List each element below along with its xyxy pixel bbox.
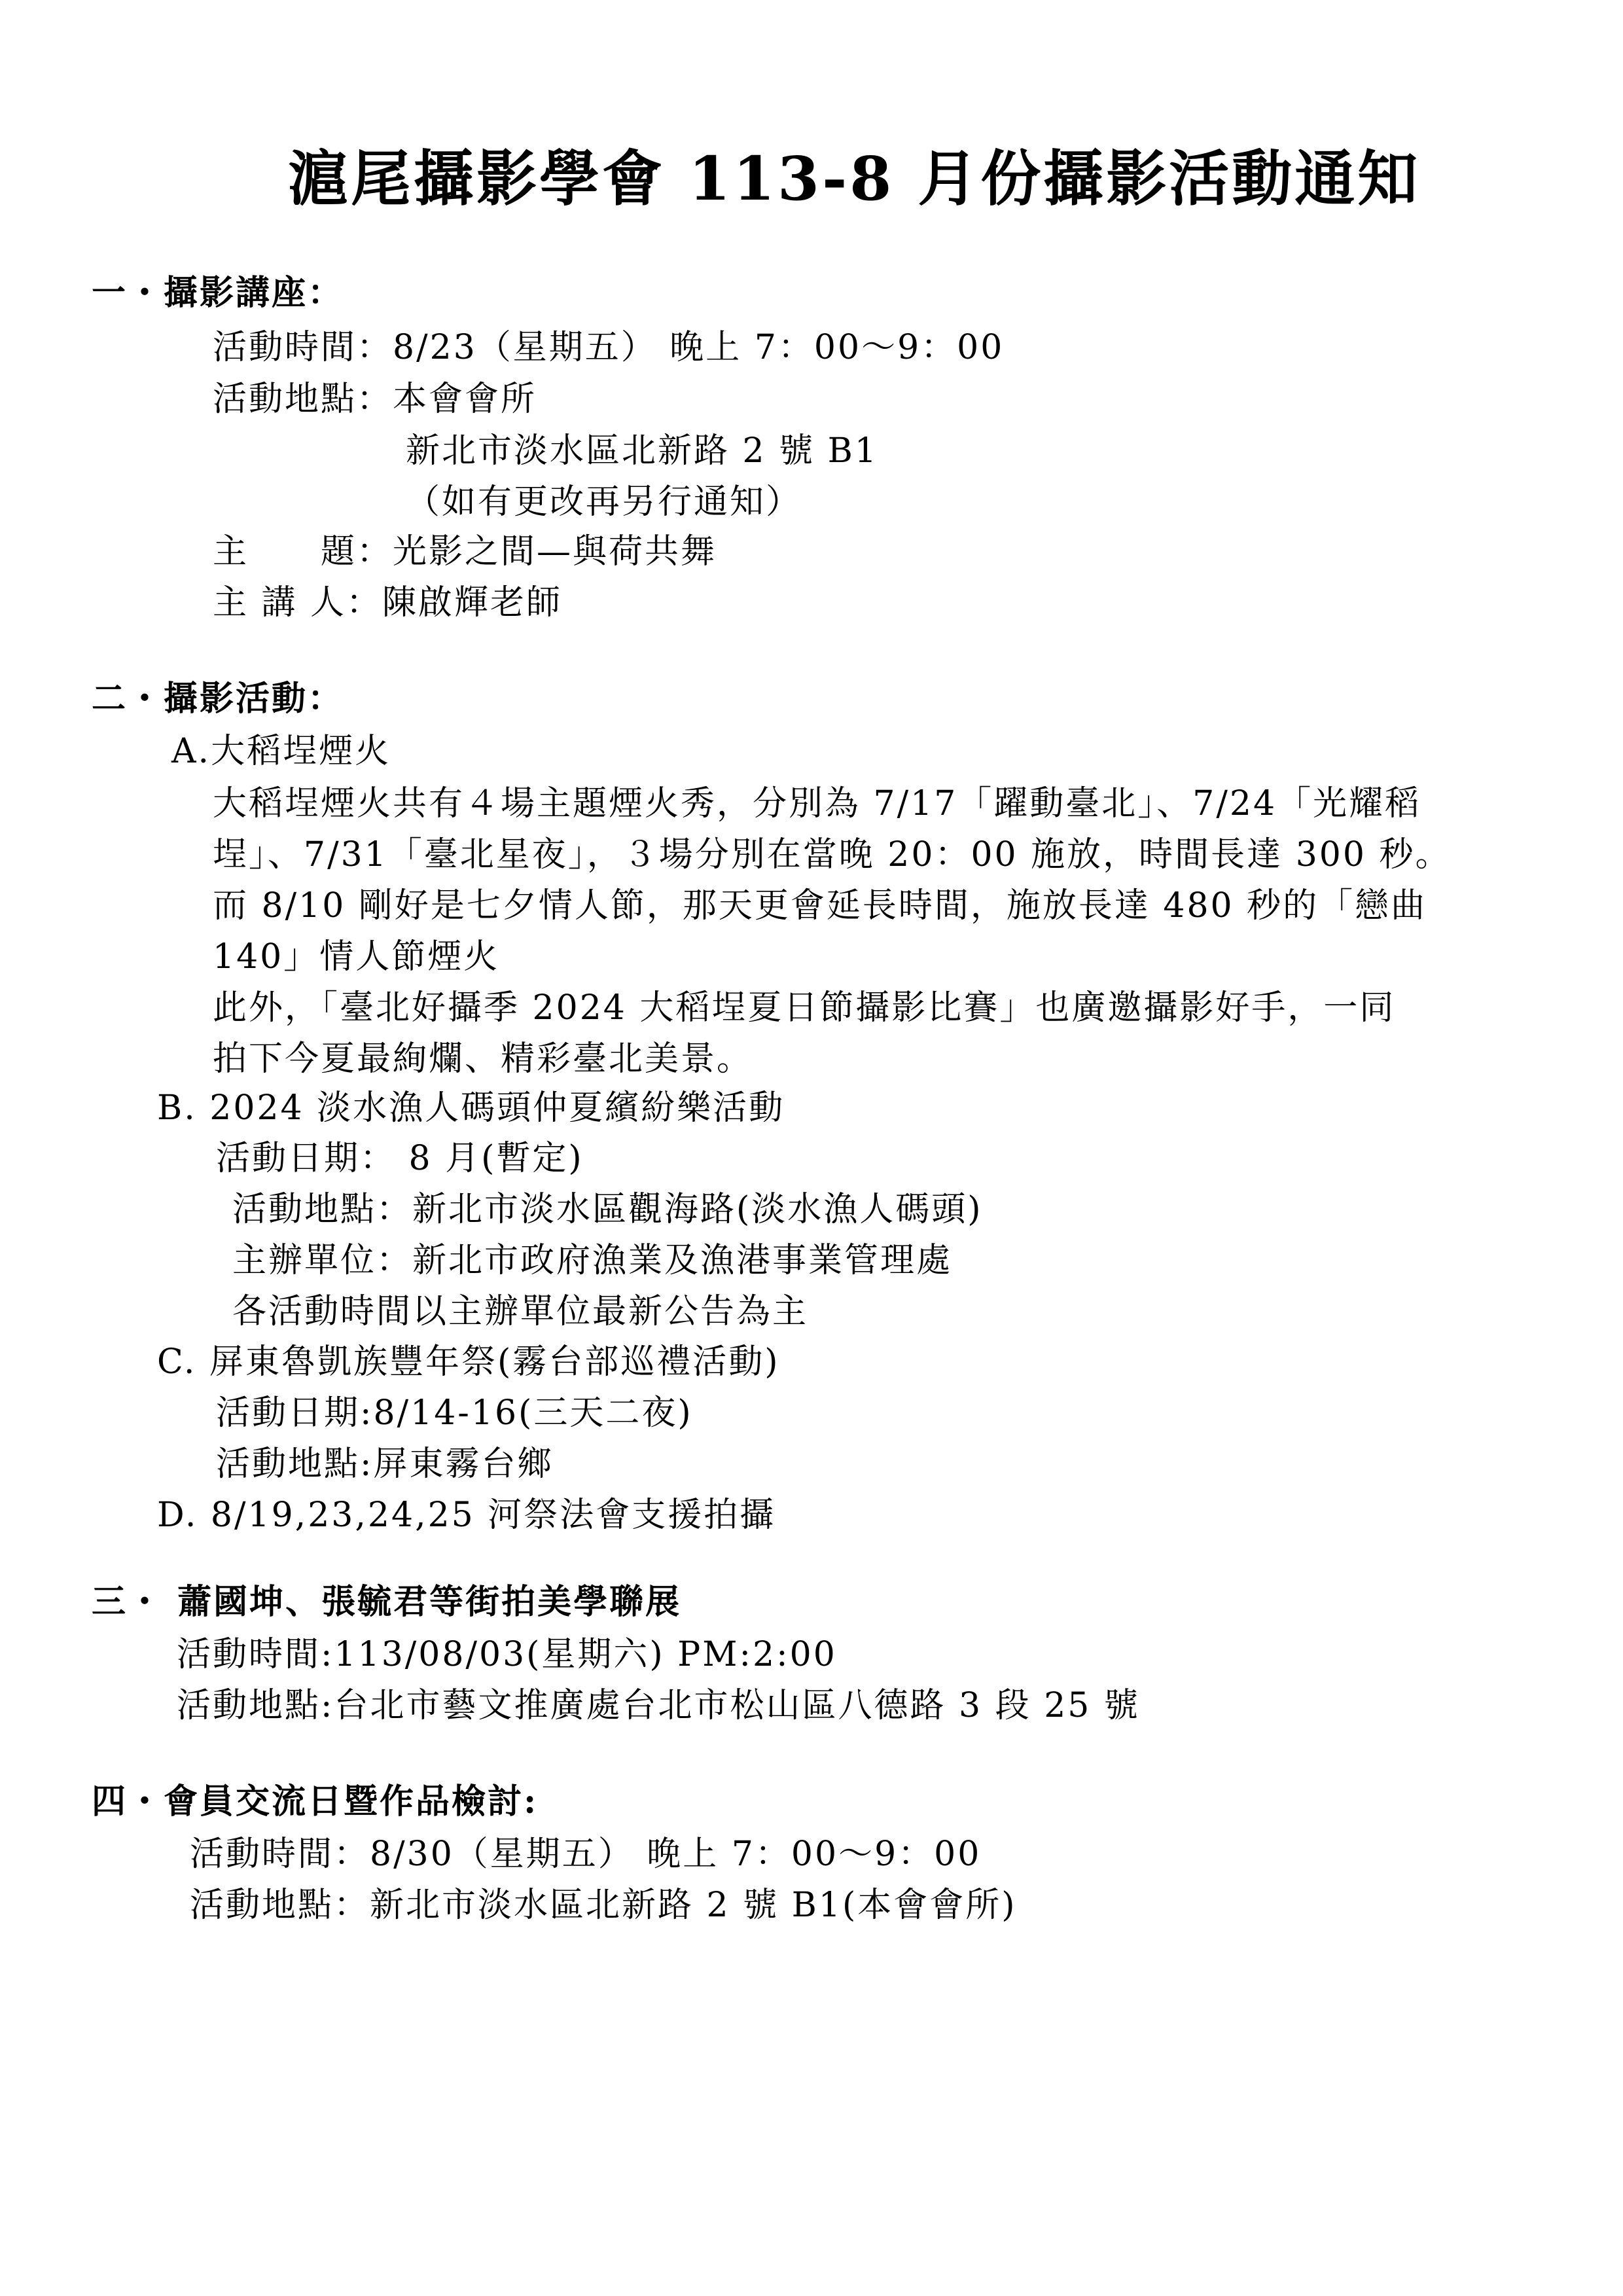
lecture-speaker: 主 講 人：陳啟輝老師 <box>213 575 562 624</box>
item-b-title: B. 2024 淡水漁人碼頭仲夏繽紛樂活動 <box>157 1080 785 1129</box>
item-a-line: 140」情人節煙火 <box>213 929 499 978</box>
section-4-heading: 四・會員交流日暨作品檢討: <box>92 1774 538 1823</box>
item-a-title: A.大稻埕煙火 <box>171 723 391 772</box>
lecture-note: （如有更改再另行通知） <box>406 474 802 523</box>
item-b-line: 主辦單位：新北市政府漁業及漁港事業管理處 <box>232 1232 952 1282</box>
lecture-location: 活動地點：本會會所 <box>213 371 537 420</box>
item-b-line: 各活動時間以主辦單位最新公告為主 <box>232 1283 808 1333</box>
section-2-heading: 二・攝影活動： <box>92 671 344 720</box>
meetup-location: 活動地點：新北市淡水區北新路 2 號 B1(本會會所) <box>190 1877 1017 1926</box>
section-1-heading: 一・攝影講座： <box>92 265 344 314</box>
item-d-title: D. 8/19,23,24,25 河祭法會支援拍攝 <box>157 1487 776 1536</box>
item-b-line: 活動地點：新北市淡水區觀海路(淡水漁人碼頭) <box>232 1181 983 1230</box>
item-c-line: 活動日期:8/14-16(三天二夜) <box>216 1385 693 1434</box>
exhibition-location: 活動地點:台北市藝文推廣處台北市松山區八德路 3 段 25 號 <box>177 1677 1140 1727</box>
item-a-line: 拍下今夏最絢爛、精彩臺北美景。 <box>213 1031 753 1080</box>
exhibition-time: 活動時間:113/08/03(星期六) PM:2:00 <box>177 1626 837 1676</box>
item-a-line: 埕」、7/31「臺北星夜」，３場分別在當晚 20：00 施放，時間長達 300 … <box>213 827 1451 876</box>
item-b-line: 活動日期： 8 月(暫定) <box>216 1130 584 1179</box>
lecture-topic: 主 題：光影之間—與荷共舞 <box>213 524 717 573</box>
item-a-line: 而 8/10 剛好是七夕情人節，那天更會延長時間，施放長達 480 秒的「戀曲 <box>213 878 1427 927</box>
item-a-line: 大稻埕煙火共有４場主題煙火秀，分別為 7/17「躍動臺北」、7/24「光耀稻 <box>213 776 1421 825</box>
section-3-heading: 三・ 蕭國坤、張毓君等街拍美學聯展 <box>92 1574 681 1623</box>
page-title: 滬尾攝影學會 113-8 月份攝影活動通知 <box>288 131 1420 217</box>
lecture-address: 新北市淡水區北新路 2 號 B1 <box>406 423 878 472</box>
meetup-time: 活動時間：8/30（星期五） 晚上 7：00～9：00 <box>190 1826 981 1875</box>
item-c-title: C. 屏東魯凱族豐年祭(霧台部巡禮活動) <box>157 1334 780 1383</box>
item-a-line: 此外，「臺北好攝季 2024 大稻埕夏日節攝影比賽」也廣邀攝影好手，一同 <box>213 980 1395 1029</box>
lecture-time: 活動時間：8/23（星期五） 晚上 7：00～9：00 <box>213 319 1004 368</box>
item-c-line: 活動地點:屏東霧台鄉 <box>216 1436 554 1485</box>
